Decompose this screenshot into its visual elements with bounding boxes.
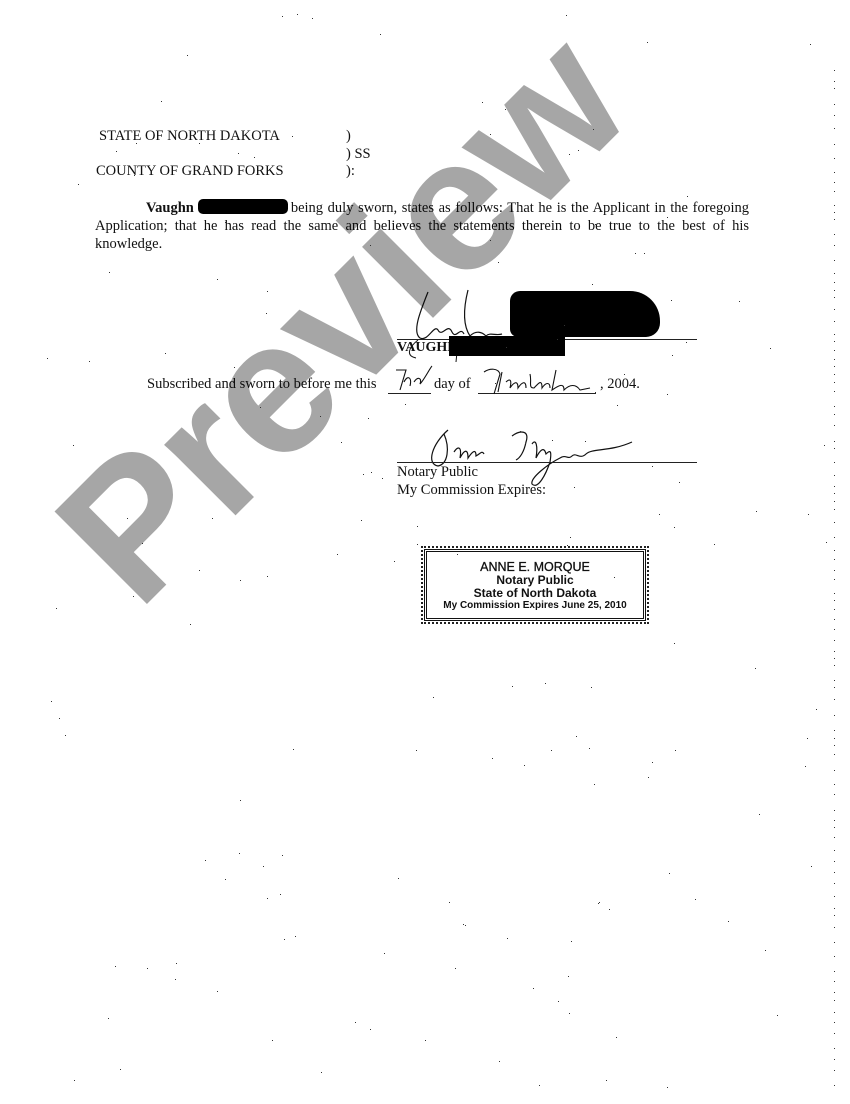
affiant-first-name: Vaughn bbox=[146, 200, 194, 216]
stamp-commission: My Commission Expires June 25, 2010 bbox=[427, 600, 643, 612]
jurat-year: , 2004. bbox=[600, 376, 640, 393]
name-redaction bbox=[449, 336, 565, 356]
venue-county: COUNTY OF GRAND FORKS bbox=[96, 163, 284, 180]
notary-signature-line bbox=[397, 462, 697, 463]
redaction-box bbox=[198, 199, 288, 214]
month-blank bbox=[478, 393, 596, 394]
notary-stamp: ANNE E. MORQUE Notary Public State of No… bbox=[424, 549, 646, 621]
day-blank bbox=[388, 393, 431, 394]
venue-state: STATE OF NORTH DAKOTA bbox=[99, 128, 280, 145]
commission-expires-label: My Commission Expires: bbox=[397, 482, 546, 499]
oath-paragraph: Vaughnbeing duly sworn, states as follow… bbox=[95, 199, 749, 253]
venue-ss: ) SS bbox=[346, 146, 371, 163]
day-handwriting bbox=[390, 364, 434, 394]
notary-title: Notary Public bbox=[397, 464, 478, 481]
venue-paren-bottom: ): bbox=[346, 163, 355, 180]
venue-paren-top: ) bbox=[346, 128, 351, 145]
jurat-text: Subscribed and sworn to before me this bbox=[147, 376, 377, 393]
day-of-label: day of bbox=[434, 376, 471, 393]
stamp-state: State of North Dakota bbox=[427, 587, 643, 600]
document-page: STATE OF NORTH DAKOTA COUNTY OF GRAND FO… bbox=[0, 0, 850, 1104]
signature-redaction bbox=[510, 291, 660, 337]
